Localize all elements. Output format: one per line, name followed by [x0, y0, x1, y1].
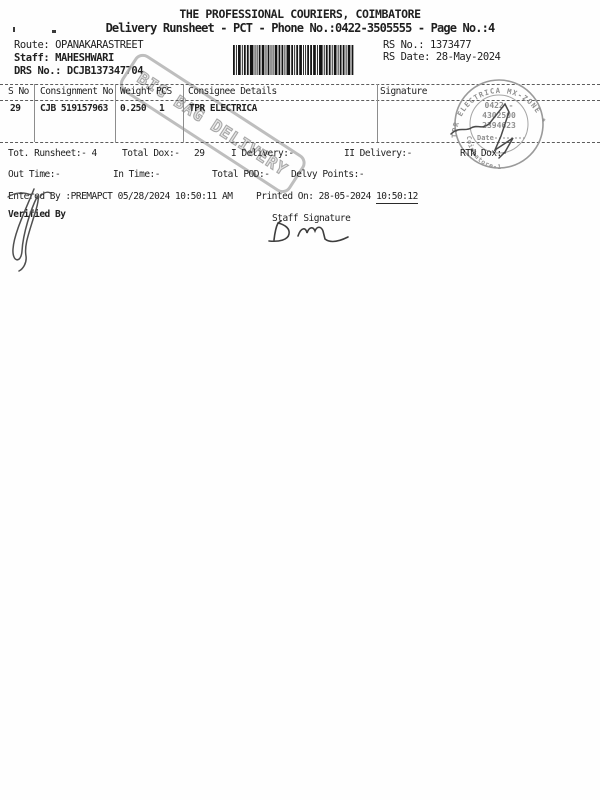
rtn-dox-field: RTN Dox:- [460, 149, 507, 159]
route-field: Route: OPANAKARASTREET [14, 40, 143, 52]
in-time-field: In Time:- [113, 170, 160, 180]
total-pod-field: Total POD:- [212, 170, 269, 180]
cell-consignment: CJB 519157963 [40, 104, 108, 114]
rs-date-field: RS Date: 28-May-2024 [383, 52, 500, 64]
barcode [233, 45, 354, 75]
col-header-sno: S No [8, 87, 29, 97]
delivery-runsheet-document: THE PROFESSIONAL COURIERS, COIMBATORE De… [0, 0, 600, 800]
delvy-points-field: Delvy Points:- [291, 170, 364, 180]
column-separator [34, 84, 35, 142]
total-dox-value: 29 [194, 149, 204, 159]
scan-artifact [52, 30, 56, 33]
stamp-date-label: Date [477, 134, 494, 142]
total-dox-label: Total Dox:- [122, 149, 179, 159]
cell-consignee: TPR ELECTRICA [189, 104, 257, 114]
page-title: THE PROFESSIONAL COURIERS, COIMBATORE [0, 8, 600, 21]
col-header-consignment: Consignment No [40, 87, 113, 97]
i-delivery-field: I Delivery:- [231, 149, 294, 159]
column-separator [183, 84, 184, 142]
ii-delivery-field: II Delivery:- [344, 149, 412, 159]
column-separator [115, 84, 116, 142]
staff-handwritten-signature [258, 218, 358, 258]
tot-runsheet-field: Tot. Runsheet:- 4 [8, 149, 97, 159]
cell-sno: 29 [10, 104, 20, 114]
col-header-consignee: Consignee Details [188, 87, 277, 97]
cell-weight: 0.250 [120, 104, 146, 114]
scan-artifact [13, 27, 15, 32]
round-receiver-stamp: TPR ELECTRICA MX-ZONE * Coimbatore-1 042… [443, 78, 553, 178]
rs-no-field: RS No.: 1373477 [383, 40, 471, 52]
column-separator [377, 84, 378, 142]
verified-by-handwritten-signature [0, 183, 60, 273]
printed-on-time: 10:50:12 [376, 191, 418, 204]
printed-on-field: Printed On: 28-05-2024 10:50:12 [256, 192, 418, 202]
stamp-phone-area-code: 0422 - [485, 101, 514, 110]
col-header-signature: Signature [380, 87, 427, 97]
printed-on-label: Printed On: 28-05-2024 [256, 191, 376, 202]
col-header-pcs: PCS [156, 87, 172, 97]
page-subtitle: Delivery Runsheet - PCT - Phone No.:0422… [0, 22, 600, 35]
staff-field: Staff: MAHESHWARI [14, 53, 114, 65]
cell-pcs: 1 [159, 104, 164, 114]
out-time-field: Out Time:- [8, 170, 60, 180]
col-header-weight: Weight [120, 87, 151, 97]
